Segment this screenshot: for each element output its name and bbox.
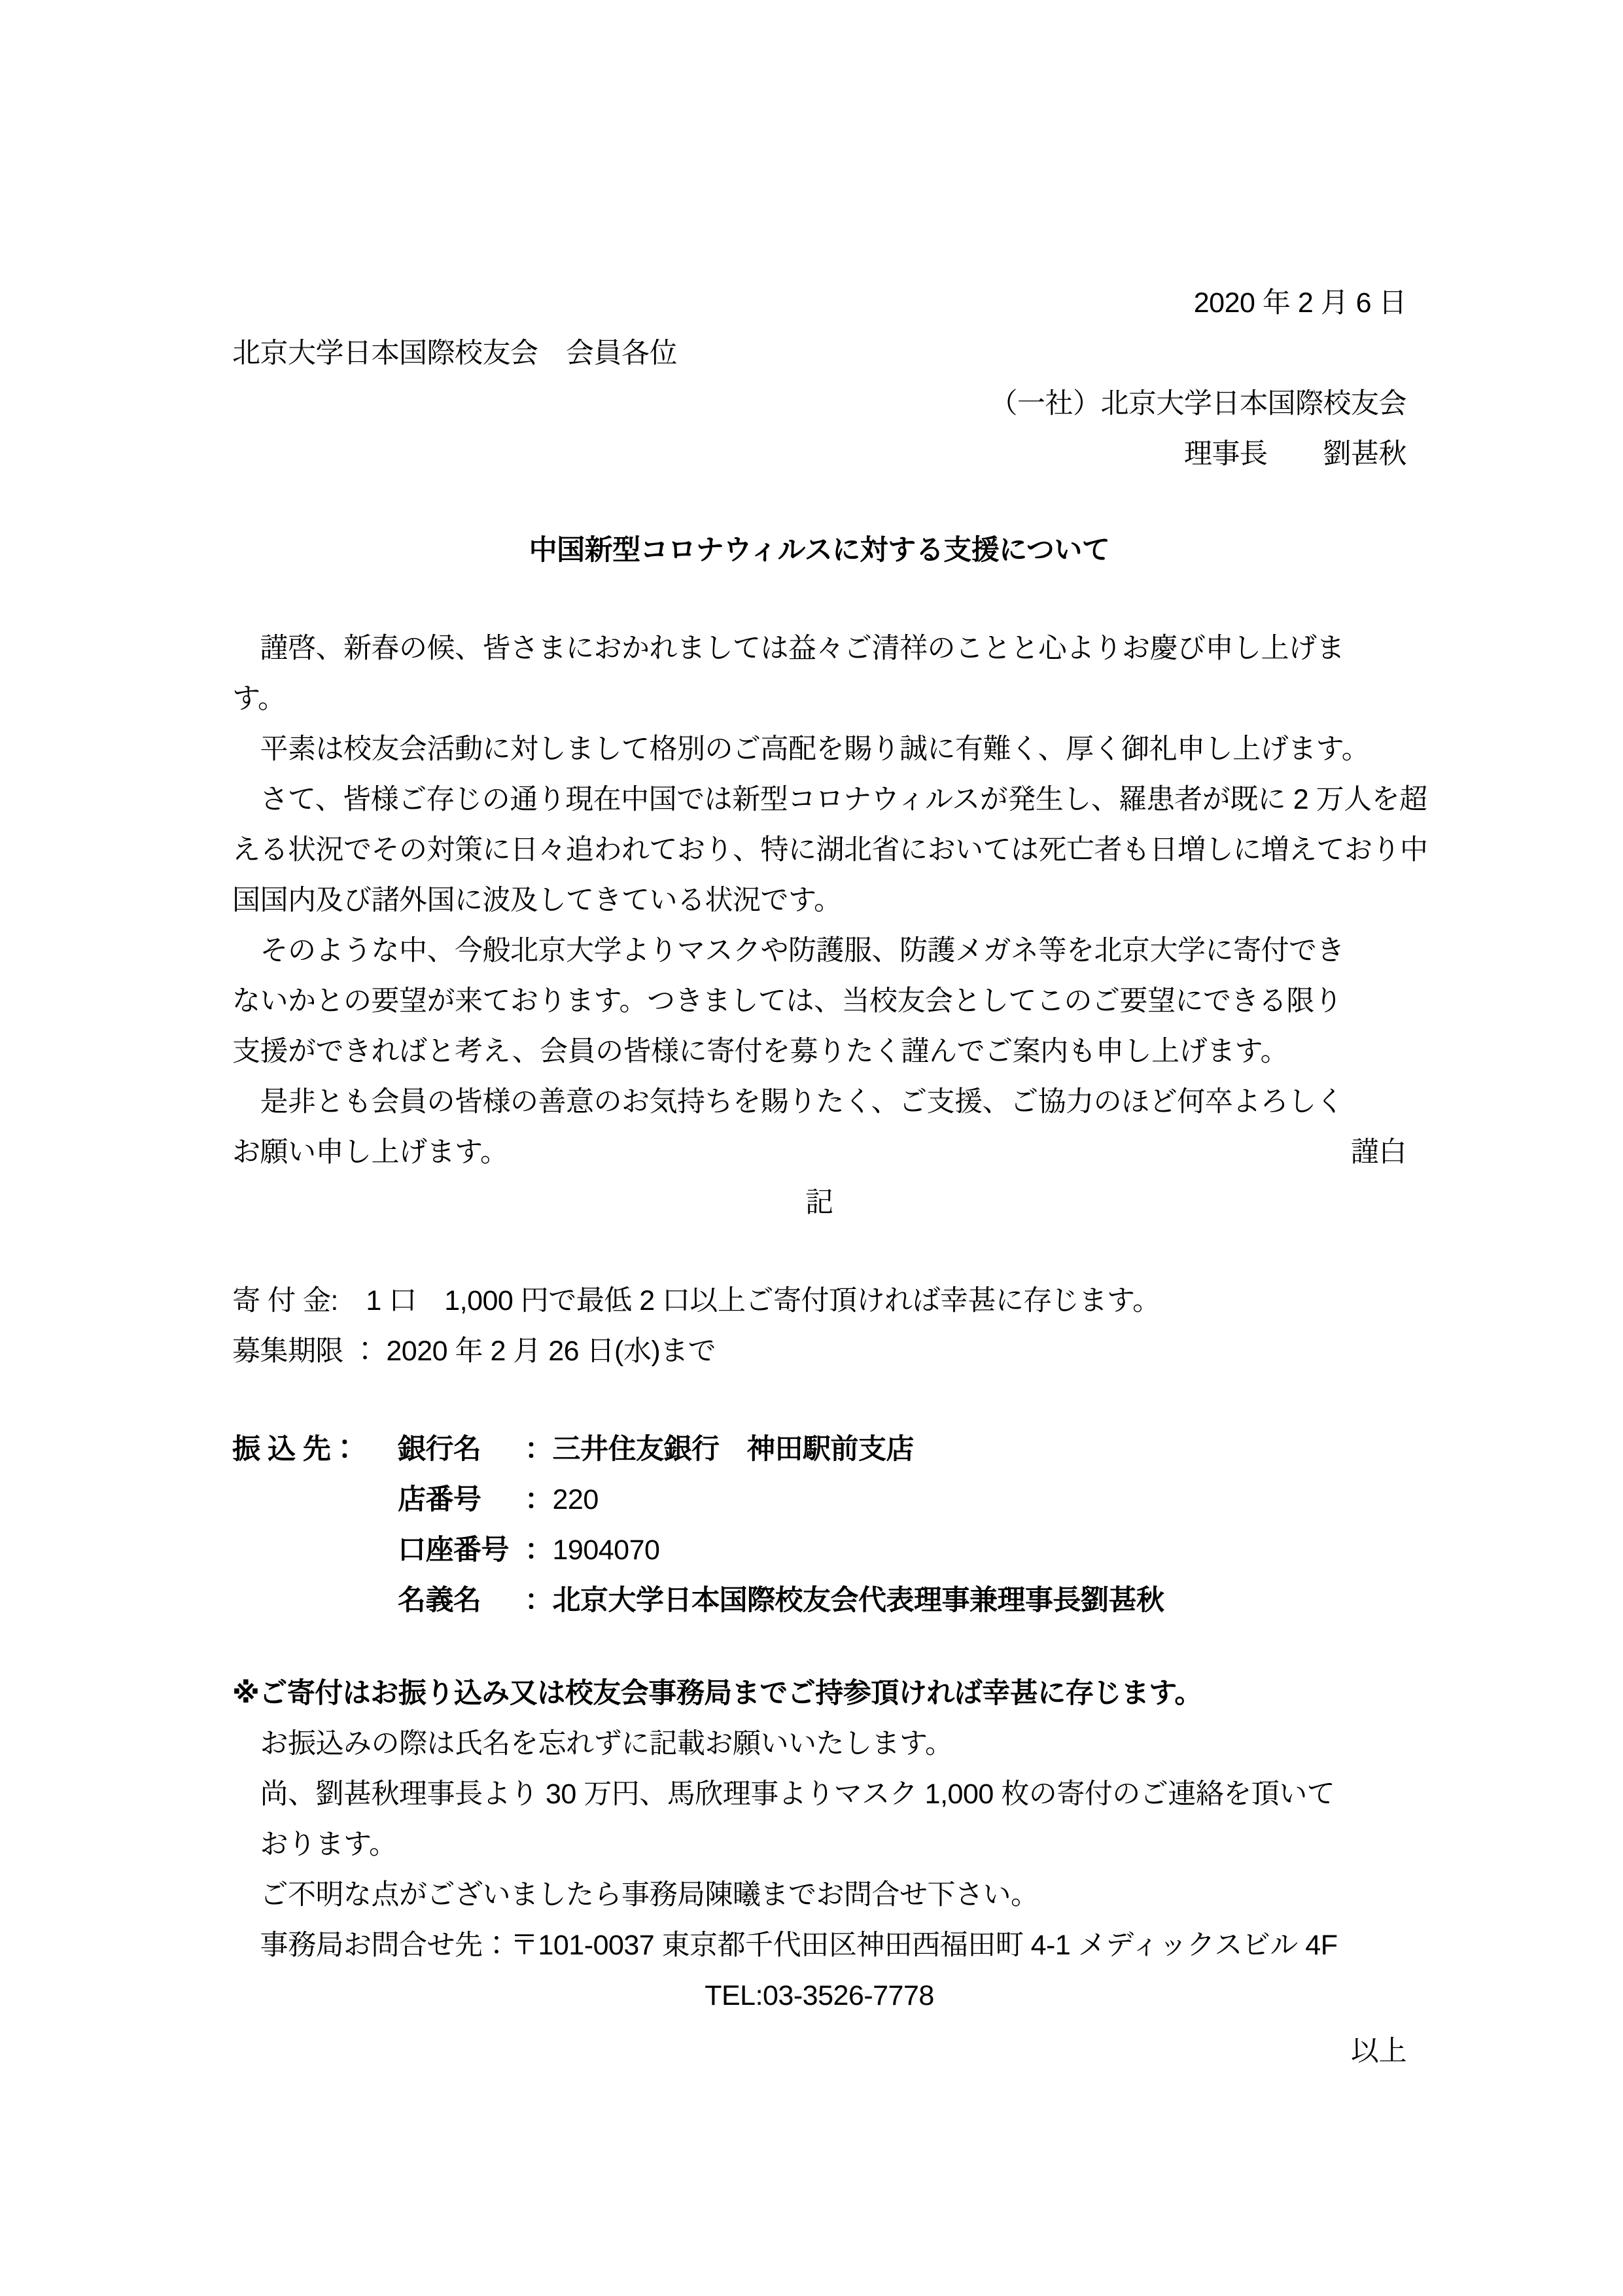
body-line: さて、皆様ご存じの通り現在中国では新型コロナウィルスが発生し、羅患者が既に 2 … [232,775,1406,825]
bank-row-account-number: 口座番号 ： 1904070 [232,1525,1406,1576]
body-line: 国国内及び諸外国に波及してきている状況です。 [232,875,1406,926]
bank-value-account-holder: 北京大学日本国際校友会代表理事兼理事長劉甚秋 [553,1576,1164,1626]
sender-title-line: 理事長 劉甚秋 [232,429,1406,480]
body-line: ないかとの要望が来ております。つきましては、当校友会としてこのご要望にできる限り [232,976,1406,1027]
body-line: 謹啓、新春の候、皆さまにおかれましては益々ご清祥のことと心よりお慶び申し上げま [232,624,1406,674]
note-line: お振込みの際は氏名を忘れずに記載お願いいたします。 [232,1719,1406,1769]
recipient-line: 北京大学日本国際校友会 会員各位 [232,328,1406,379]
donation-line: 寄 付 金: 1 口 1,000 円で最低 2 口以上ご寄付頂ければ幸甚に存じま… [232,1276,1406,1326]
letter-title: 中国新型コロナウィルスに対する支援について [232,525,1406,576]
document-page: 2020 年 2 月 6 日 北京大学日本国際校友会 会員各位 （一社）北京大学… [0,0,1623,2296]
bank-prefix-spacer [232,1475,398,1525]
date-line: 2020 年 2 月 6 日 [232,278,1406,328]
sender-org-line: （一社）北京大学日本国際校友会 [232,379,1406,429]
keihaku-marker: 謹白 [1351,1127,1406,1178]
bank-row-branch-number: 店番号 ： 220 [232,1475,1406,1525]
deadline-line: 募集期限 ： 2020 年 2 月 26 日(水)まで [232,1326,1406,1377]
bank-value-bank-name: 三井住友銀行 神田駅前支店 [553,1424,915,1475]
bank-prefix-spacer [232,1525,398,1576]
bank-row-bank-name: 振 込 先： 銀行名 ： 三井住友銀行 神田駅前支店 [232,1424,1406,1475]
body-line: そのような中、今般北京大学よりマスクや防護服、防護メガネ等を北京大学に寄付でき [232,926,1406,976]
note-line: 事務局お問合せ先：〒101-0037 東京都千代田区神田西福田町 4-1 メディ… [232,1920,1406,1971]
body-line: 是非とも会員の皆様の善意のお気持ちを賜りたく、ご支援、ご協力のほど何卒よろしく [232,1077,1406,1127]
bank-label-bank-name: 銀行名 [398,1424,525,1475]
bank-label-account-number: 口座番号 [398,1525,525,1576]
ki-marker: 記 [232,1178,1406,1228]
bank-value-account-number: 1904070 [553,1525,660,1576]
note-line: おります。 [232,1820,1406,1870]
note-line: ご不明な点がございましたら事務局陳曦までお問合せ下さい。 [232,1870,1406,1920]
note-highlight: ※ご寄付はお振り込み又は校友会事務局までご持参頂ければ幸甚に存じます。 [232,1669,1406,1719]
bank-colon: ： [525,1576,553,1626]
bank-colon: ： [525,1525,553,1576]
bank-label-branch-number: 店番号 [398,1475,525,1525]
closing-line: お願い申し上げます。 謹白 [232,1127,1406,1178]
body-line: 平素は校友会活動に対しまして格別のご高配を賜り誠に有難く、厚く御礼申し上げます。 [232,724,1406,775]
body-line: す。 [232,674,1406,724]
body-line: 支援ができればと考え、会員の皆様に寄付を募りたく謹んでご案内も申し上げます。 [232,1027,1406,1077]
letter: 2020 年 2 月 6 日 北京大学日本国際校友会 会員各位 （一社）北京大学… [232,278,1406,2077]
bank-colon: ： [525,1424,553,1475]
note-line: 尚、劉甚秋理事長より 30 万円、馬欣理事よりマスク 1,000 枚の寄付のご連… [232,1769,1406,1820]
bank-prefix-spacer [232,1576,398,1626]
body-line: える状況でその対策に日々追われており、特に湖北省においては死亡者も日増しに増えて… [232,825,1406,875]
bank-value-branch-number: 220 [553,1475,599,1525]
bank-row-account-holder: 名義名 ： 北京大学日本国際校友会代表理事兼理事長劉甚秋 [232,1576,1406,1626]
bank-prefix: 振 込 先： [232,1424,398,1475]
bank-colon: ： [525,1475,553,1525]
bank-label-account-holder: 名義名 [398,1576,525,1626]
end-marker: 以上 [232,2026,1406,2077]
closing-text: お願い申し上げます。 [232,1127,508,1178]
tel-line: TEL:03-3526-7778 [232,1971,1406,2021]
